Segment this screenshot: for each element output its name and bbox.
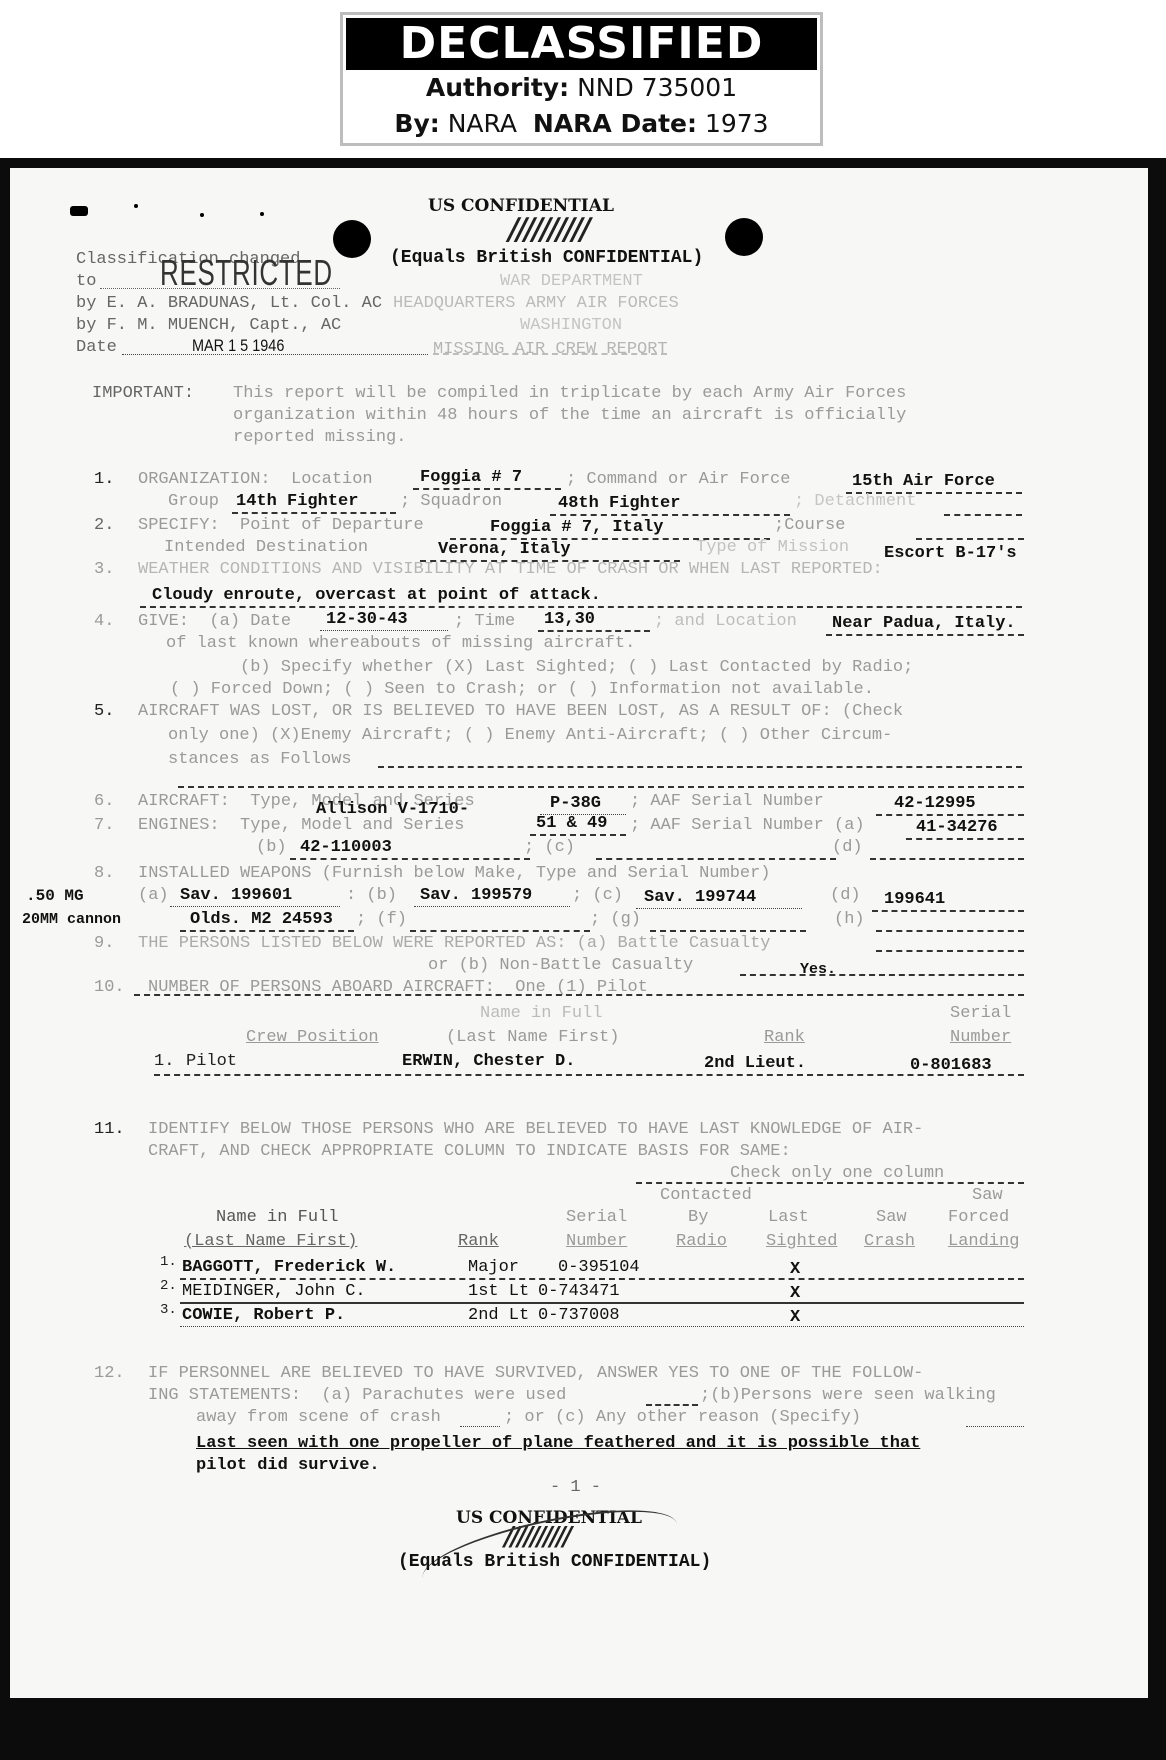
command-label: ; Command or Air Force — [566, 470, 790, 490]
col-landing1: Saw — [972, 1186, 1003, 1206]
person-name: COWIE, Robert P. — [182, 1306, 345, 1326]
item-12-line3: away from scene of crash — [196, 1408, 441, 1428]
last-sighted-mark: X — [790, 1284, 800, 1304]
item-1-label: ORGANIZATION: Location — [138, 470, 373, 490]
crew-serial: 0-801683 — [910, 1056, 992, 1076]
restricted-stamp: RESTRICTED — [160, 252, 333, 294]
weapon-h-label: (h) — [834, 910, 865, 930]
detachment-label: ; Detachment — [794, 492, 916, 512]
speck — [260, 212, 264, 216]
declassified-stamp: DECLASSIFIED Authority: NND 735001 By: N… — [340, 12, 823, 146]
crew-col-rank: Rank — [764, 1028, 805, 1048]
engine-b-label: (b) — [256, 838, 287, 858]
destination-label: Intended Destination — [164, 538, 368, 558]
classification-strikeout: ////////// — [508, 212, 588, 247]
mission-label: Type of Mission — [696, 538, 849, 558]
punch-hole — [725, 218, 763, 256]
item-12-line1: IF PERSONNEL ARE BELIEVED TO HAVE SURVIV… — [148, 1364, 923, 1384]
weapon-c: Sav. 199744 — [644, 888, 756, 908]
point-of-departure: Foggia # 7, Italy — [490, 518, 663, 538]
col-sighted2: Sighted — [766, 1232, 837, 1252]
item-2-number: 2. — [94, 516, 114, 536]
col-crash1: Saw — [876, 1208, 907, 1228]
col-landing3: Landing — [948, 1232, 1019, 1252]
equals-british-top: (Equals British CONFIDENTIAL) — [390, 248, 703, 268]
other-reason-answer-line1: Last seen with one propeller of plane fe… — [196, 1434, 920, 1454]
person-number: 1. — [160, 1252, 177, 1272]
crew-col-serial2: Number — [950, 1028, 1011, 1048]
person-rank: 2nd Lt — [468, 1306, 529, 1326]
item-11-line1: IDENTIFY BELOW THOSE PERSONS WHO ARE BEL… — [148, 1120, 923, 1140]
report-title: MISSING AIR CREW REPORT — [433, 340, 668, 360]
item-12-line2b: ;(b)Persons were seen walking — [700, 1386, 996, 1406]
type-of-mission: Escort B-17's — [884, 544, 1017, 564]
engine-c-label: ; (c) — [524, 838, 575, 858]
battle-casualty-field — [876, 950, 1024, 952]
stamp-authority: Authority: NND 735001 — [343, 70, 820, 106]
weapon-e: Olds. M2 24593 — [190, 910, 333, 930]
important-line1: This report will be compiled in triplica… — [233, 384, 906, 404]
person-serial: 0-737008 — [538, 1306, 620, 1326]
important-line2: organization within 48 hours of the time… — [233, 406, 906, 426]
item-9-line1: THE PERSONS LISTED BELOW WERE REPORTED A… — [138, 934, 771, 954]
reclass-by2: by F. M. MUENCH, Capt., AC — [76, 316, 341, 336]
col-name2: (Last Name First) — [184, 1232, 357, 1252]
crew-col-name2: (Last Name First) — [446, 1028, 619, 1048]
equals-british-bottom: (Equals British CONFIDENTIAL) — [398, 1552, 711, 1572]
aircraft-type: P-38G — [550, 794, 601, 814]
item-5-line2: only one) (X)Enemy Aircraft; ( ) Enemy A… — [168, 726, 892, 746]
col-serial1: Serial — [566, 1208, 627, 1228]
cannon-note: 20MM cannon — [22, 910, 121, 930]
location-label: ; and Location — [654, 612, 797, 632]
engine-serial-d — [870, 858, 1024, 860]
item-12-line3b: ; or (c) Any other reason (Specify) — [504, 1408, 861, 1428]
crew-position: Pilot — [186, 1052, 237, 1072]
engine-d-label: (d) — [832, 838, 863, 858]
weapon-f — [410, 930, 590, 932]
document-page: US CONFIDENTIAL ////////// (Equals Briti… — [10, 168, 1148, 1698]
item-2-label: SPECIFY: Point of Departure — [138, 516, 424, 536]
item-4-number: 4. — [94, 612, 114, 632]
time-last-seen: 13,30 — [544, 610, 595, 630]
crew-col-position: Crew Position — [246, 1028, 379, 1048]
item-5-number: 5. — [94, 702, 114, 722]
punch-hole — [333, 220, 371, 258]
engine-serial-c — [596, 858, 836, 860]
engine-type-line1: Allison V-1710- — [316, 800, 469, 820]
weapon-f-label: ; (f) — [356, 910, 407, 930]
parachutes-field — [646, 1404, 698, 1406]
engine-type-line2: 51 & 49 — [536, 814, 607, 834]
stamp-by: By: NARA NARA Date: 1973 — [343, 106, 820, 142]
speck — [134, 204, 138, 208]
col-rank: Rank — [458, 1232, 499, 1252]
scanned-document: US CONFIDENTIAL ////////// (Equals Briti… — [0, 158, 1166, 1760]
col-name1: Name in Full — [216, 1208, 338, 1228]
speck — [70, 206, 88, 216]
person-rank: 1st Lt — [468, 1282, 529, 1302]
person-name: BAGGOTT, Frederick W. — [182, 1258, 396, 1278]
walking-away-field — [460, 1426, 500, 1427]
aircraft-serial-label: ; AAF Serial Number — [630, 792, 824, 812]
organization-command: 15th Air Force — [852, 472, 995, 492]
engine-serial-label: ; AAF Serial Number (a) — [630, 816, 865, 836]
col-landing2: Forced — [948, 1208, 1009, 1228]
item-12-number: 12. — [94, 1364, 125, 1384]
intended-destination: Verona, Italy — [438, 540, 571, 560]
item-11-line2: CRAFT, AND CHECK APPROPRIATE COLUMN TO I… — [148, 1142, 791, 1162]
col-radio1: Contacted — [660, 1186, 752, 1206]
last-sighted-mark: X — [790, 1308, 800, 1328]
time-label: ; Time — [454, 612, 515, 632]
date-last-seen: 12-30-43 — [326, 610, 408, 630]
speck — [200, 213, 204, 217]
weapon-d-label: (d) — [830, 886, 861, 906]
item-12-line2: ING STATEMENTS: (a) Parachutes were used — [148, 1386, 566, 1406]
aircraft-serial: 42-12995 — [894, 794, 976, 814]
item-11-number: 11. — [94, 1120, 125, 1140]
last-sighted-mark: X — [790, 1260, 800, 1280]
person-name: MEIDINGER, John C. — [182, 1282, 366, 1302]
group-label: Group — [168, 492, 219, 512]
check-only-one-note: Check only one column — [730, 1164, 944, 1184]
war-department: WAR DEPARTMENT — [500, 272, 643, 292]
page-number: - 1 - — [550, 1478, 601, 1498]
organization-group: 14th Fighter — [236, 492, 358, 512]
item-9-line2: or (b) Non-Battle Casualty — [428, 956, 693, 976]
weather-conditions: Cloudy enroute, overcast at point of att… — [152, 586, 601, 606]
detachment-field — [944, 514, 1022, 516]
item-10-number: 10. — [94, 978, 125, 998]
item-1-number: 1. — [94, 470, 114, 490]
crew-row-number: 1. — [154, 1052, 174, 1072]
person-number: 3. — [160, 1300, 177, 1320]
organization-location: Foggia # 7 — [420, 468, 522, 488]
item-4-line2: of last known whereabouts of missing air… — [166, 634, 635, 654]
crew-col-serial1: Serial — [950, 1004, 1011, 1024]
col-sighted1: Last — [768, 1208, 809, 1228]
col-serial2: Number — [566, 1232, 627, 1252]
engine-serial-a: 41-34276 — [916, 818, 998, 838]
squadron-label: ; Squadron — [400, 492, 502, 512]
weapon-b-label: : (b) — [346, 886, 397, 906]
item-4-b-line1: (b) Specify whether (X) Last Sighted; ( … — [240, 658, 913, 678]
non-battle-casualty: Yes. — [800, 960, 836, 980]
col-radio3: Radio — [676, 1232, 727, 1252]
item-5-line1: AIRCRAFT WAS LOST, OR IS BELIEVED TO HAV… — [138, 702, 903, 722]
weapon-c-label: ; (c) — [572, 886, 623, 906]
item-8-label: INSTALLED WEAPONS (Furnish below Make, T… — [138, 864, 771, 884]
person-rank: Major — [468, 1258, 519, 1278]
other-circumstances-field — [378, 766, 1022, 768]
item-6-number: 6. — [94, 792, 114, 812]
city: WASHINGTON — [520, 316, 622, 336]
crew-rank: 2nd Lieut. — [704, 1054, 806, 1074]
weapon-b: Sav. 199579 — [420, 886, 532, 906]
person-number: 2. — [160, 1276, 177, 1296]
course-label: ;Course — [774, 516, 845, 536]
weapon-a-label: (a) — [138, 886, 169, 906]
reclass-by1: by E. A. BRADUNAS, Lt. Col. AC — [76, 294, 382, 314]
crew-name: ERWIN, Chester D. — [402, 1052, 575, 1072]
stamp-title: DECLASSIFIED — [346, 18, 817, 70]
item-3-number: 3. — [94, 560, 114, 580]
other-reason-answer-line2: pilot did survive. — [196, 1456, 380, 1476]
item-7-number: 7. — [94, 816, 114, 836]
important-label: IMPORTANT: — [92, 384, 194, 404]
important-line3: reported missing. — [233, 428, 406, 448]
weapon-g-label: ; (g) — [590, 910, 641, 930]
organization-squadron: 48th Fighter — [558, 494, 680, 514]
weapon-h — [876, 930, 1024, 932]
mg-note: .50 MG — [26, 886, 84, 906]
person-serial: 0-743471 — [538, 1282, 620, 1302]
weapon-d: 199641 — [884, 890, 945, 910]
col-radio2: By — [688, 1208, 708, 1228]
headquarters: HEADQUARTERS ARMY AIR FORCES — [393, 294, 679, 314]
reclass-date: MAR 1 5 1946 — [192, 336, 284, 356]
item-4-label: GIVE: (a) Date — [138, 612, 291, 632]
location-last-seen: Near Padua, Italy. — [832, 614, 1016, 634]
col-crash2: Crash — [864, 1232, 915, 1252]
item-3-label: WEATHER CONDITIONS AND VISIBILITY AT TIM… — [138, 560, 883, 580]
other-reason-field — [966, 1426, 1024, 1427]
item-5-line3: stances as Follows — [168, 750, 352, 770]
reclass-date-label: Date — [76, 338, 117, 358]
reclass-to-label: to — [76, 272, 96, 292]
item-4-b-line2: ( ) Forced Down; ( ) Seen to Crash; or (… — [170, 680, 874, 700]
weapon-a: Sav. 199601 — [180, 886, 292, 906]
item-9-number: 9. — [94, 934, 114, 954]
person-serial: 0-395104 — [558, 1258, 640, 1278]
engine-serial-b: 42-110003 — [300, 838, 392, 858]
item-8-number: 8. — [94, 864, 114, 884]
weapon-g — [650, 930, 806, 932]
crew-col-name1: Name in Full — [480, 1004, 602, 1024]
course-field — [916, 538, 1024, 540]
